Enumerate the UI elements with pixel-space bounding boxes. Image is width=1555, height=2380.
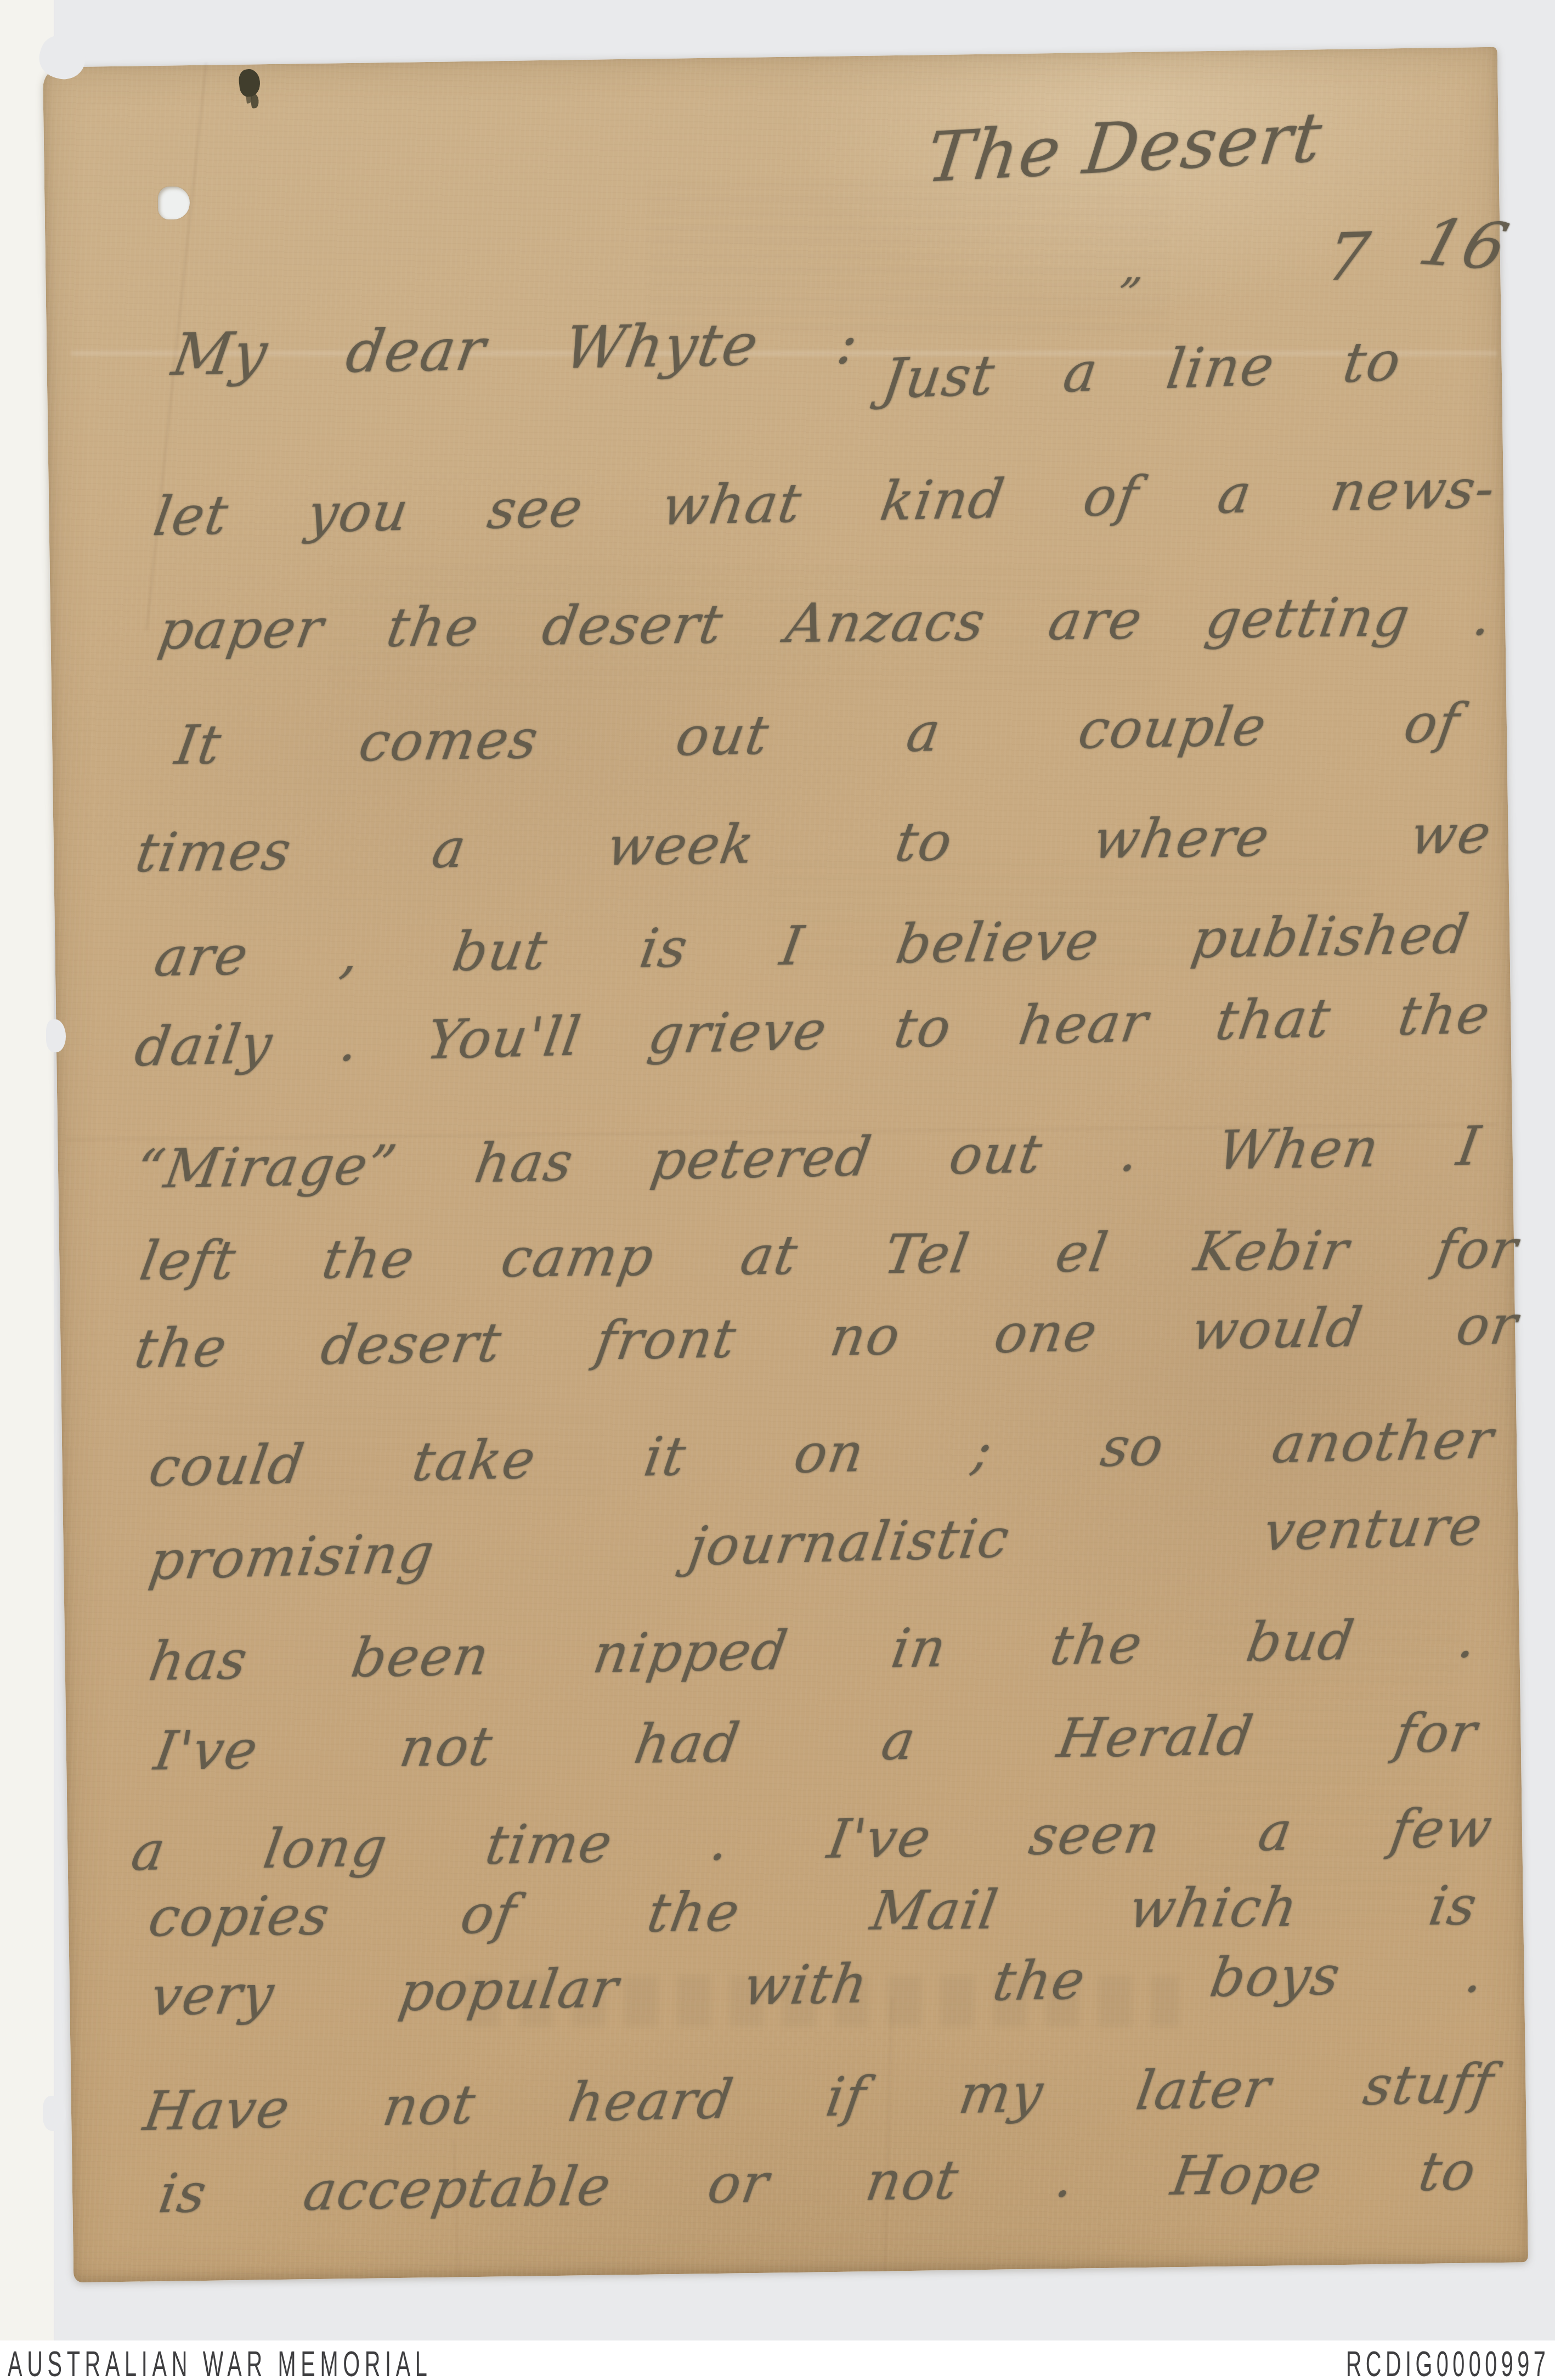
- handwriting-line: leftthecampatTelelKebirfor: [135, 1218, 1523, 1293]
- edge-tear: [43, 2096, 66, 2131]
- salutation-line: MydearWhyte:: [167, 309, 863, 388]
- letter-scan-page: The Desert „ 7 16 MydearWhyte: Justaline…: [0, 0, 1555, 2380]
- institution-label: AUSTRALIAN WAR MEMORIAL: [8, 2344, 432, 2380]
- edge-tear: [46, 1019, 66, 1052]
- scanner-bed-strip: [0, 0, 54, 2340]
- handwriting-line: copiesoftheMailwhichis: [144, 1875, 1482, 1949]
- paper-hole: [158, 187, 190, 219]
- print-through-smudge: [647, 176, 1168, 329]
- reference-id: RCDIG0000997: [1345, 2344, 1550, 2380]
